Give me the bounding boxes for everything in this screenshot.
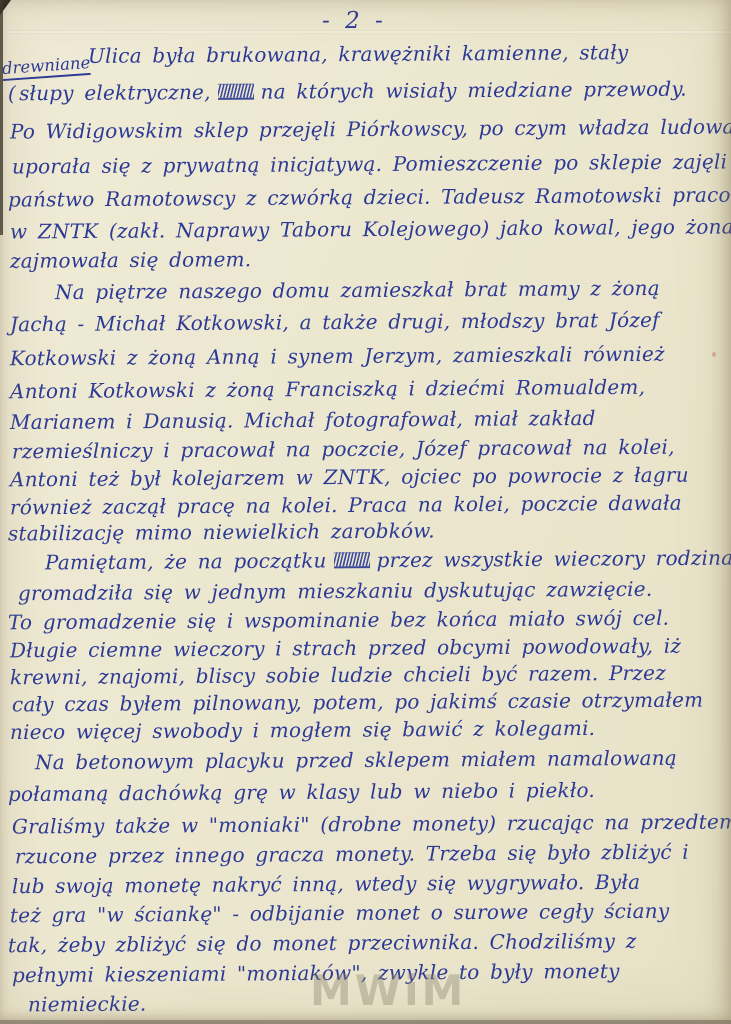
handwriting-line: tak, żeby zbliżyć się do monet przeciwni… — [8, 929, 637, 957]
handwriting-line: gromadziła się w jednym mieszkaniu dysku… — [18, 577, 652, 605]
page-number: - 2 - — [322, 8, 387, 34]
handwriting-line: w ZNTK (zakł. Naprawy Taboru Kolejowego)… — [10, 214, 731, 243]
handwriting-line: Pamiętam, że na początkuprzez wszystkie … — [45, 546, 731, 575]
handwriting-line: połamaną dachówką grę w klasy lub w nieb… — [8, 778, 595, 806]
handwriting-line: To gromadzenie się i wspominanie bez koń… — [8, 606, 669, 635]
handwriting-line: cały czas byłem pilnowany, potem, po jak… — [12, 688, 703, 717]
paper-speck — [712, 352, 716, 357]
handwriting-line: rzucone przez innego gracza monety. Trze… — [15, 840, 689, 869]
handwriting-line: nieco więcej swobody i mogłem się bawić … — [10, 716, 595, 744]
handwriting-line: (słupy elektryczne,na których wisiały mi… — [8, 77, 687, 106]
scan-edge-left — [0, 0, 3, 235]
archive-watermark: MWiM — [310, 966, 466, 1015]
handwriting-line: również zaczął pracę na kolei. Praca na … — [10, 491, 682, 520]
insertion-mark: ( — [8, 81, 16, 105]
handwriting-line: lub swoją monetę nakryć inną, wtedy się … — [12, 870, 640, 898]
handwriting-line: Po Widigowskim sklep przejęli Piórkowscy… — [10, 114, 731, 143]
line-segment: przez wszystkie wieczory rodzina — [376, 546, 731, 572]
handwriting-line: Ulica była brukowana, krawężniki kamienn… — [88, 40, 629, 68]
scribbled-out-word — [334, 552, 370, 568]
handwriting-line: Antoni też był kolejarzem w ZNTK, ojciec… — [10, 463, 689, 492]
scan-edge-bottom — [0, 1020, 731, 1024]
handwriting-line: Antoni Kotkowski z żoną Franciszką i dzi… — [10, 375, 645, 403]
handwriting-line: stabilizację mimo niewielkich zarobków. — [8, 519, 435, 546]
line-segment: Pamiętam, że na początku — [45, 548, 327, 574]
handwriting-line: państwo Ramotowscy z czwórką dzieci. Tad… — [8, 182, 731, 211]
handwriting-line: Jachą - Michał Kotkowski, a także drugi,… — [10, 308, 660, 337]
line-segment: słupy elektryczne, — [19, 80, 211, 105]
handwriting-line: zajmowała się domem. — [10, 247, 251, 273]
scribbled-out-word — [218, 84, 254, 100]
handwriting-line: rzemieślniczy i pracował na poczcie, Józ… — [12, 435, 675, 464]
handwriting-line: też gra "w ściankę" - odbijanie monet o … — [10, 899, 669, 928]
handwriting-line: Na betonowym placyku przed sklepem miałe… — [35, 746, 677, 774]
handwriting-line: niemieckie. — [28, 992, 147, 1017]
handwriting-line: Marianem i Danusią. Michał fotografował,… — [10, 406, 596, 434]
margin-note: drewniane — [1, 53, 91, 81]
handwriting-line: Kotkowski z żoną Anną i synem Jerzym, za… — [10, 342, 665, 371]
handwriting-line: krewni, znajomi, bliscy sobie ludzie chc… — [10, 661, 666, 690]
scanned-handwritten-page: - 2 - drewniane Ulica była brukowana, kr… — [0, 0, 731, 1024]
handwriting-line: Graliśmy także w "moniaki" (drobne monet… — [12, 809, 731, 838]
handwriting-line: uporała się z prywatną inicjatywą. Pomie… — [12, 150, 727, 179]
line-segment: na których wisiały miedziane przewody. — [261, 77, 687, 104]
handwriting-line: Długie ciemne wieczory i strach przed ob… — [10, 634, 681, 663]
handwriting-line: Na piętrze naszego domu zamieszkał brat … — [55, 276, 660, 304]
